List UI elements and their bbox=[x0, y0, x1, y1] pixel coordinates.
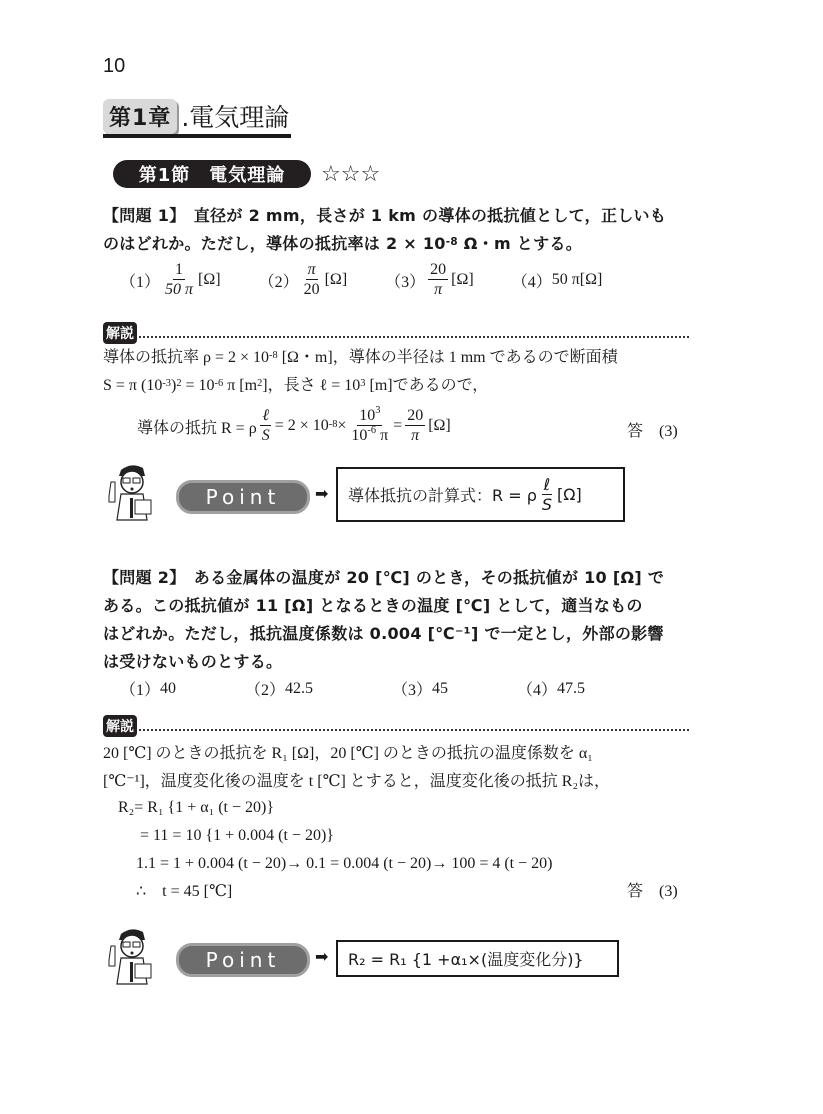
equation-1: R₂= R₁ {1 + α₁ (t − 20)} bbox=[118, 794, 552, 822]
point-badge: Point bbox=[176, 480, 310, 514]
explanation-2-text: 20 [℃] のときの抵抗を R₁ [Ω]，20 [℃] のときの抵抗の温度係数… bbox=[103, 740, 703, 796]
question-2-line-1: 【問題 2】 ある金属体の温度が 20 [℃] のとき，その抵抗値が 10 [Ω… bbox=[103, 564, 703, 592]
chapter-badge: 第1章 bbox=[103, 99, 177, 134]
question-1-text: 【問題 1】 直径が 2 mm，長さが 1 km の導体の抵抗値として，正しいも… bbox=[103, 202, 703, 258]
choice-4: （4） 50 π [Ω] bbox=[512, 269, 603, 292]
explanation-1-header: 解説 bbox=[103, 322, 689, 344]
explanation-2-header: 解説 bbox=[103, 715, 689, 737]
choice-1: （1）40 bbox=[120, 677, 245, 700]
question-1-choices: （1） 150 π [Ω] （2） π20 [Ω] （3） 20π [Ω] （4… bbox=[120, 262, 640, 298]
answer-1: 答 (3) bbox=[627, 418, 678, 441]
explanation-1-text: 導体の抵抗率 ρ = 2 × 10-8 [Ω・m]，導体の半径は 1 mm であ… bbox=[103, 344, 703, 400]
choice-4: （4）47.5 bbox=[517, 677, 585, 700]
explanation-badge: 解説 bbox=[103, 322, 137, 344]
difficulty-stars-icon: ☆☆☆ bbox=[321, 162, 380, 187]
chapter-underline bbox=[103, 134, 291, 138]
arrow-right-icon: ➡ bbox=[315, 947, 328, 966]
point-1-formula-box: 導体抵抗の計算式：R = ρ ℓS [Ω] bbox=[336, 467, 625, 522]
teacher-mascot-icon bbox=[103, 926, 159, 986]
section-heading: 第1節 電気理論 ☆☆☆ bbox=[113, 160, 380, 188]
point-badge: Point bbox=[176, 943, 310, 977]
question-2-line-3: はどれか。ただし，抵抗温度係数は 0.004 [℃⁻¹] で一定とし，外部の影響 bbox=[103, 620, 703, 648]
point-2-formula-box: R₂ = R₁ {1 +α₁×(温度変化分)} bbox=[336, 940, 619, 977]
section-badge: 第1節 電気理論 bbox=[113, 160, 311, 188]
choice-3: （3）45 bbox=[392, 677, 517, 700]
equation-4: ∴ t = 45 [℃] bbox=[118, 878, 552, 906]
choice-2: （2） π20 [Ω] bbox=[259, 262, 348, 298]
dotted-rule bbox=[139, 721, 689, 731]
equation-2: = 11 = 10 {1 + 0.004 (t − 20)} bbox=[118, 822, 552, 850]
question-2-text: 【問題 2】 ある金属体の温度が 20 [℃] のとき，その抵抗値が 10 [Ω… bbox=[103, 564, 703, 676]
explanation-2-equations: R₂= R₁ {1 + α₁ (t − 20)} = 11 = 10 {1 + … bbox=[118, 794, 552, 906]
explanation-1-line-2: S = π (10-3)2 = 10-6 π [m2]，長さ ℓ = 103 [… bbox=[103, 372, 703, 400]
explanation-badge: 解説 bbox=[103, 715, 137, 737]
chapter-title: .電気理論 bbox=[181, 98, 289, 134]
arrow-right-icon: ➡ bbox=[315, 484, 328, 503]
teacher-mascot-icon bbox=[103, 462, 159, 522]
choice-1: （1） 150 π [Ω] bbox=[120, 262, 221, 298]
explanation-1-equation: 導体の抵抗 R = ρ ℓS = 2 × 10-8 × 10310-6 π = … bbox=[137, 408, 451, 444]
answer-2: 答 (3) bbox=[627, 878, 678, 901]
explanation-2-line-2: [℃⁻¹]，温度変化後の温度を t [℃] とすると，温度変化後の抵抗 R₂は， bbox=[103, 768, 703, 796]
question-2-choices: （1）40 （2）42.5 （3）45 （4）47.5 bbox=[120, 677, 585, 700]
question-2-line-4: は受けないものとする。 bbox=[103, 648, 703, 676]
explanation-2-line-1: 20 [℃] のときの抵抗を R₁ [Ω]，20 [℃] のときの抵抗の温度係数… bbox=[103, 740, 703, 768]
choice-2: （2）42.5 bbox=[245, 677, 392, 700]
choice-3: （3） 20π [Ω] bbox=[385, 262, 474, 298]
explanation-1-line-1: 導体の抵抗率 ρ = 2 × 10-8 [Ω・m]，導体の半径は 1 mm であ… bbox=[103, 344, 703, 372]
question-1-line-2: のはどれか。ただし，導体の抵抗率は 2 × 10-8 Ω・m とする。 bbox=[103, 230, 703, 258]
question-2-line-2: ある。この抵抗値が 11 [Ω] となるときの温度 [℃] として，適当なもの bbox=[103, 592, 703, 620]
equation-3: 1.1 = 1 + 0.004 (t − 20)→ 0.1 = 0.004 (t… bbox=[118, 850, 552, 878]
dotted-rule bbox=[139, 328, 689, 338]
chapter-heading: 第1章 .電気理論 bbox=[103, 98, 289, 134]
page-number: 10 bbox=[103, 55, 125, 78]
question-1-line-1: 【問題 1】 直径が 2 mm，長さが 1 km の導体の抵抗値として，正しいも bbox=[103, 202, 703, 230]
